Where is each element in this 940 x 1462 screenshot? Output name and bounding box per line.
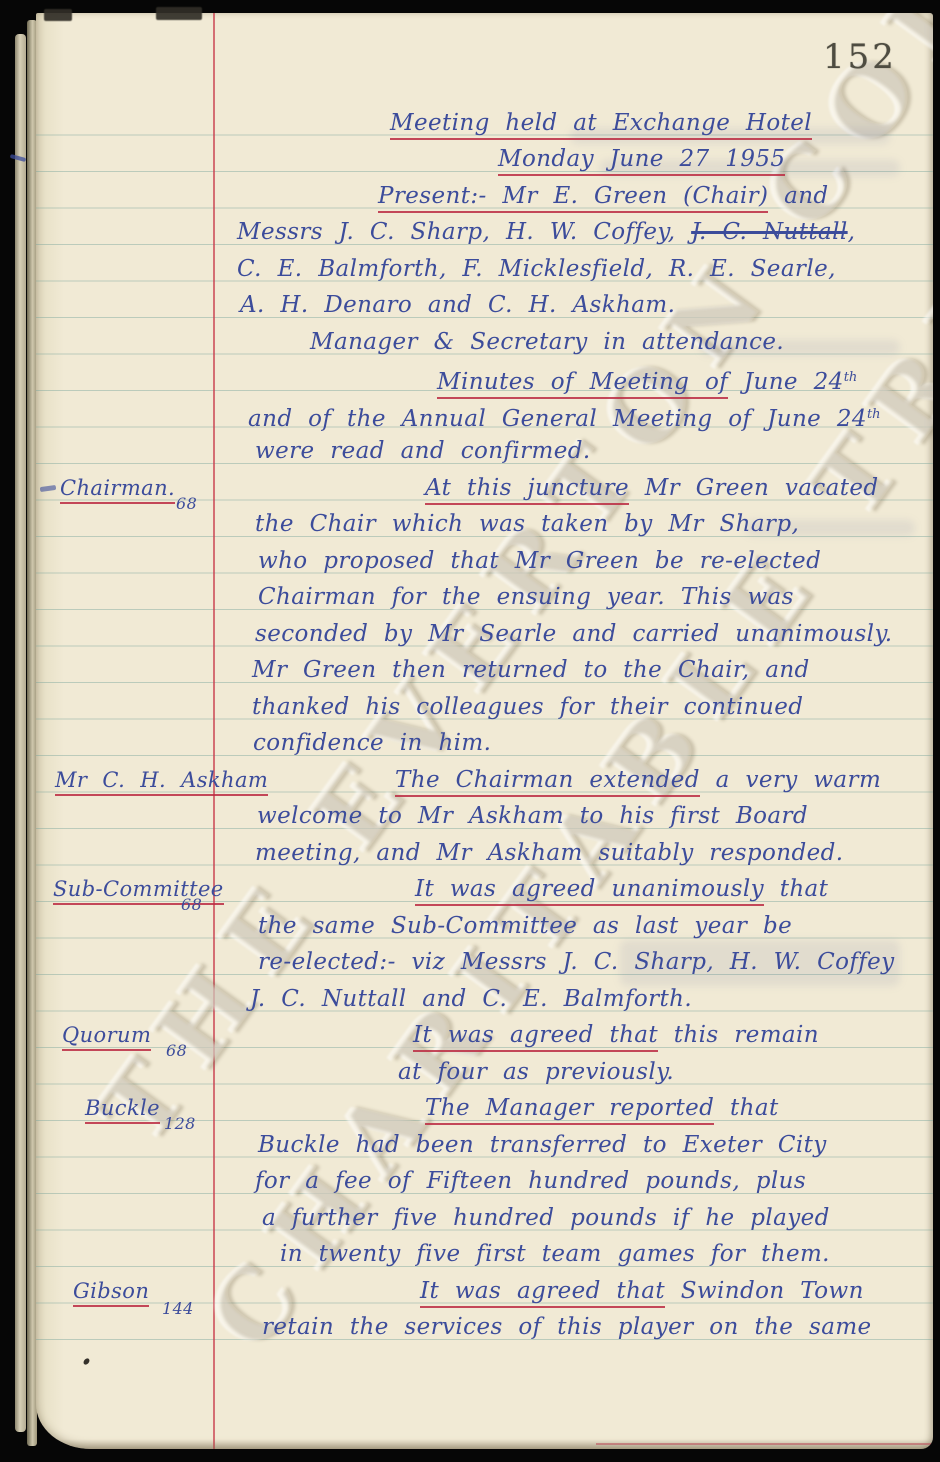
manuscript-line: Present:- Mr E. Green (Chair) and xyxy=(378,182,829,210)
margin-note: Chairman. xyxy=(60,474,175,502)
manuscript-line: the Chair which was taken by Mr Sharp, xyxy=(255,510,799,538)
photo-background: THE EVERTON COLLECTION CHARITABLE TRUST … xyxy=(0,0,940,1462)
manuscript-line: confidence in him. xyxy=(253,729,491,757)
manuscript-line: re-elected:- viz Messrs J. C. Sharp, H. … xyxy=(258,948,895,976)
page-edge-sliver xyxy=(15,34,26,1432)
margin-note: Quorum xyxy=(62,1021,151,1049)
margin-rule-line xyxy=(213,13,215,1449)
manuscript-line: Messrs J. C. Sharp, H. W. Coffey, J. C. … xyxy=(237,218,855,246)
manuscript-line: It was agreed that this remain xyxy=(413,1021,819,1049)
manuscript-line: who proposed that Mr Green be re-elected xyxy=(258,547,821,575)
binding-clip-mark xyxy=(156,7,202,20)
binding-clip-mark xyxy=(44,9,72,21)
margin-note: Mr C. H. Askham xyxy=(55,766,268,794)
manuscript-line: were read and confirmed. xyxy=(255,437,591,465)
page-number: 152 xyxy=(823,37,897,77)
folio-ref: 68 xyxy=(176,490,197,518)
manuscript-line: The Manager reported that xyxy=(425,1094,779,1122)
manuscript-line: Mr Green then returned to the Chair, and xyxy=(252,656,810,684)
manuscript-line: Minutes of Meeting of June 24th xyxy=(437,364,857,396)
manuscript-line: meeting, and Mr Askham suitably responde… xyxy=(255,839,843,867)
margin-note: Gibson xyxy=(73,1277,149,1305)
manuscript-line: Chairman for the ensuing year. This was xyxy=(258,583,794,611)
manuscript-line: It was agreed unanimously that xyxy=(415,875,828,903)
manuscript-line: Buckle had been transferred to Exeter Ci… xyxy=(258,1131,827,1159)
folio-ref: 68 xyxy=(181,891,202,919)
folio-ref: 144 xyxy=(162,1295,194,1323)
page-bottom-edge xyxy=(56,1439,933,1449)
manuscript-line: welcome to Mr Askham to his first Board xyxy=(257,802,808,830)
manuscript-line: J. C. Nuttall and C. E. Balmforth. xyxy=(250,985,692,1013)
manuscript-line: the same Sub-Committee as last year be xyxy=(258,912,792,940)
folio-ref: 68 xyxy=(166,1037,187,1065)
manuscript-line: At this juncture Mr Green vacated xyxy=(425,474,879,502)
folio-ref: 128 xyxy=(164,1110,196,1138)
manuscript-line: Manager & Secretary in attendance. xyxy=(310,328,784,356)
margin-note: Buckle xyxy=(85,1094,160,1122)
manuscript-line: C. E. Balmforth, F. Micklesfield, R. E. … xyxy=(237,255,836,283)
manuscript-line: seconded by Mr Searle and carried unanim… xyxy=(255,620,893,648)
manuscript-line: a further five hundred pounds if he play… xyxy=(262,1204,830,1232)
manuscript-line: thanked his colleagues for their continu… xyxy=(252,693,803,721)
manuscript-line: Meeting held at Exchange Hotel xyxy=(390,109,812,137)
manuscript-line: It was agreed that Swindon Town xyxy=(420,1277,864,1305)
manuscript-line: for a fee of Fifteen hundred pounds, plu… xyxy=(255,1167,806,1195)
manuscript-line: A. H. Denaro and C. H. Askham. xyxy=(240,291,675,319)
minute-book-page: THE EVERTON COLLECTION CHARITABLE TRUST … xyxy=(36,13,933,1449)
manuscript-line: and of the Annual General Meeting of Jun… xyxy=(248,401,881,433)
manuscript-line: at four as previously. xyxy=(398,1058,674,1086)
manuscript-line: Monday June 27 1955 xyxy=(498,145,785,173)
manuscript-line: in twenty five first team games for them… xyxy=(280,1240,830,1268)
manuscript-line: The Chairman extended a very warm xyxy=(395,766,881,794)
manuscript-line: retain the services of this player on th… xyxy=(262,1313,872,1341)
